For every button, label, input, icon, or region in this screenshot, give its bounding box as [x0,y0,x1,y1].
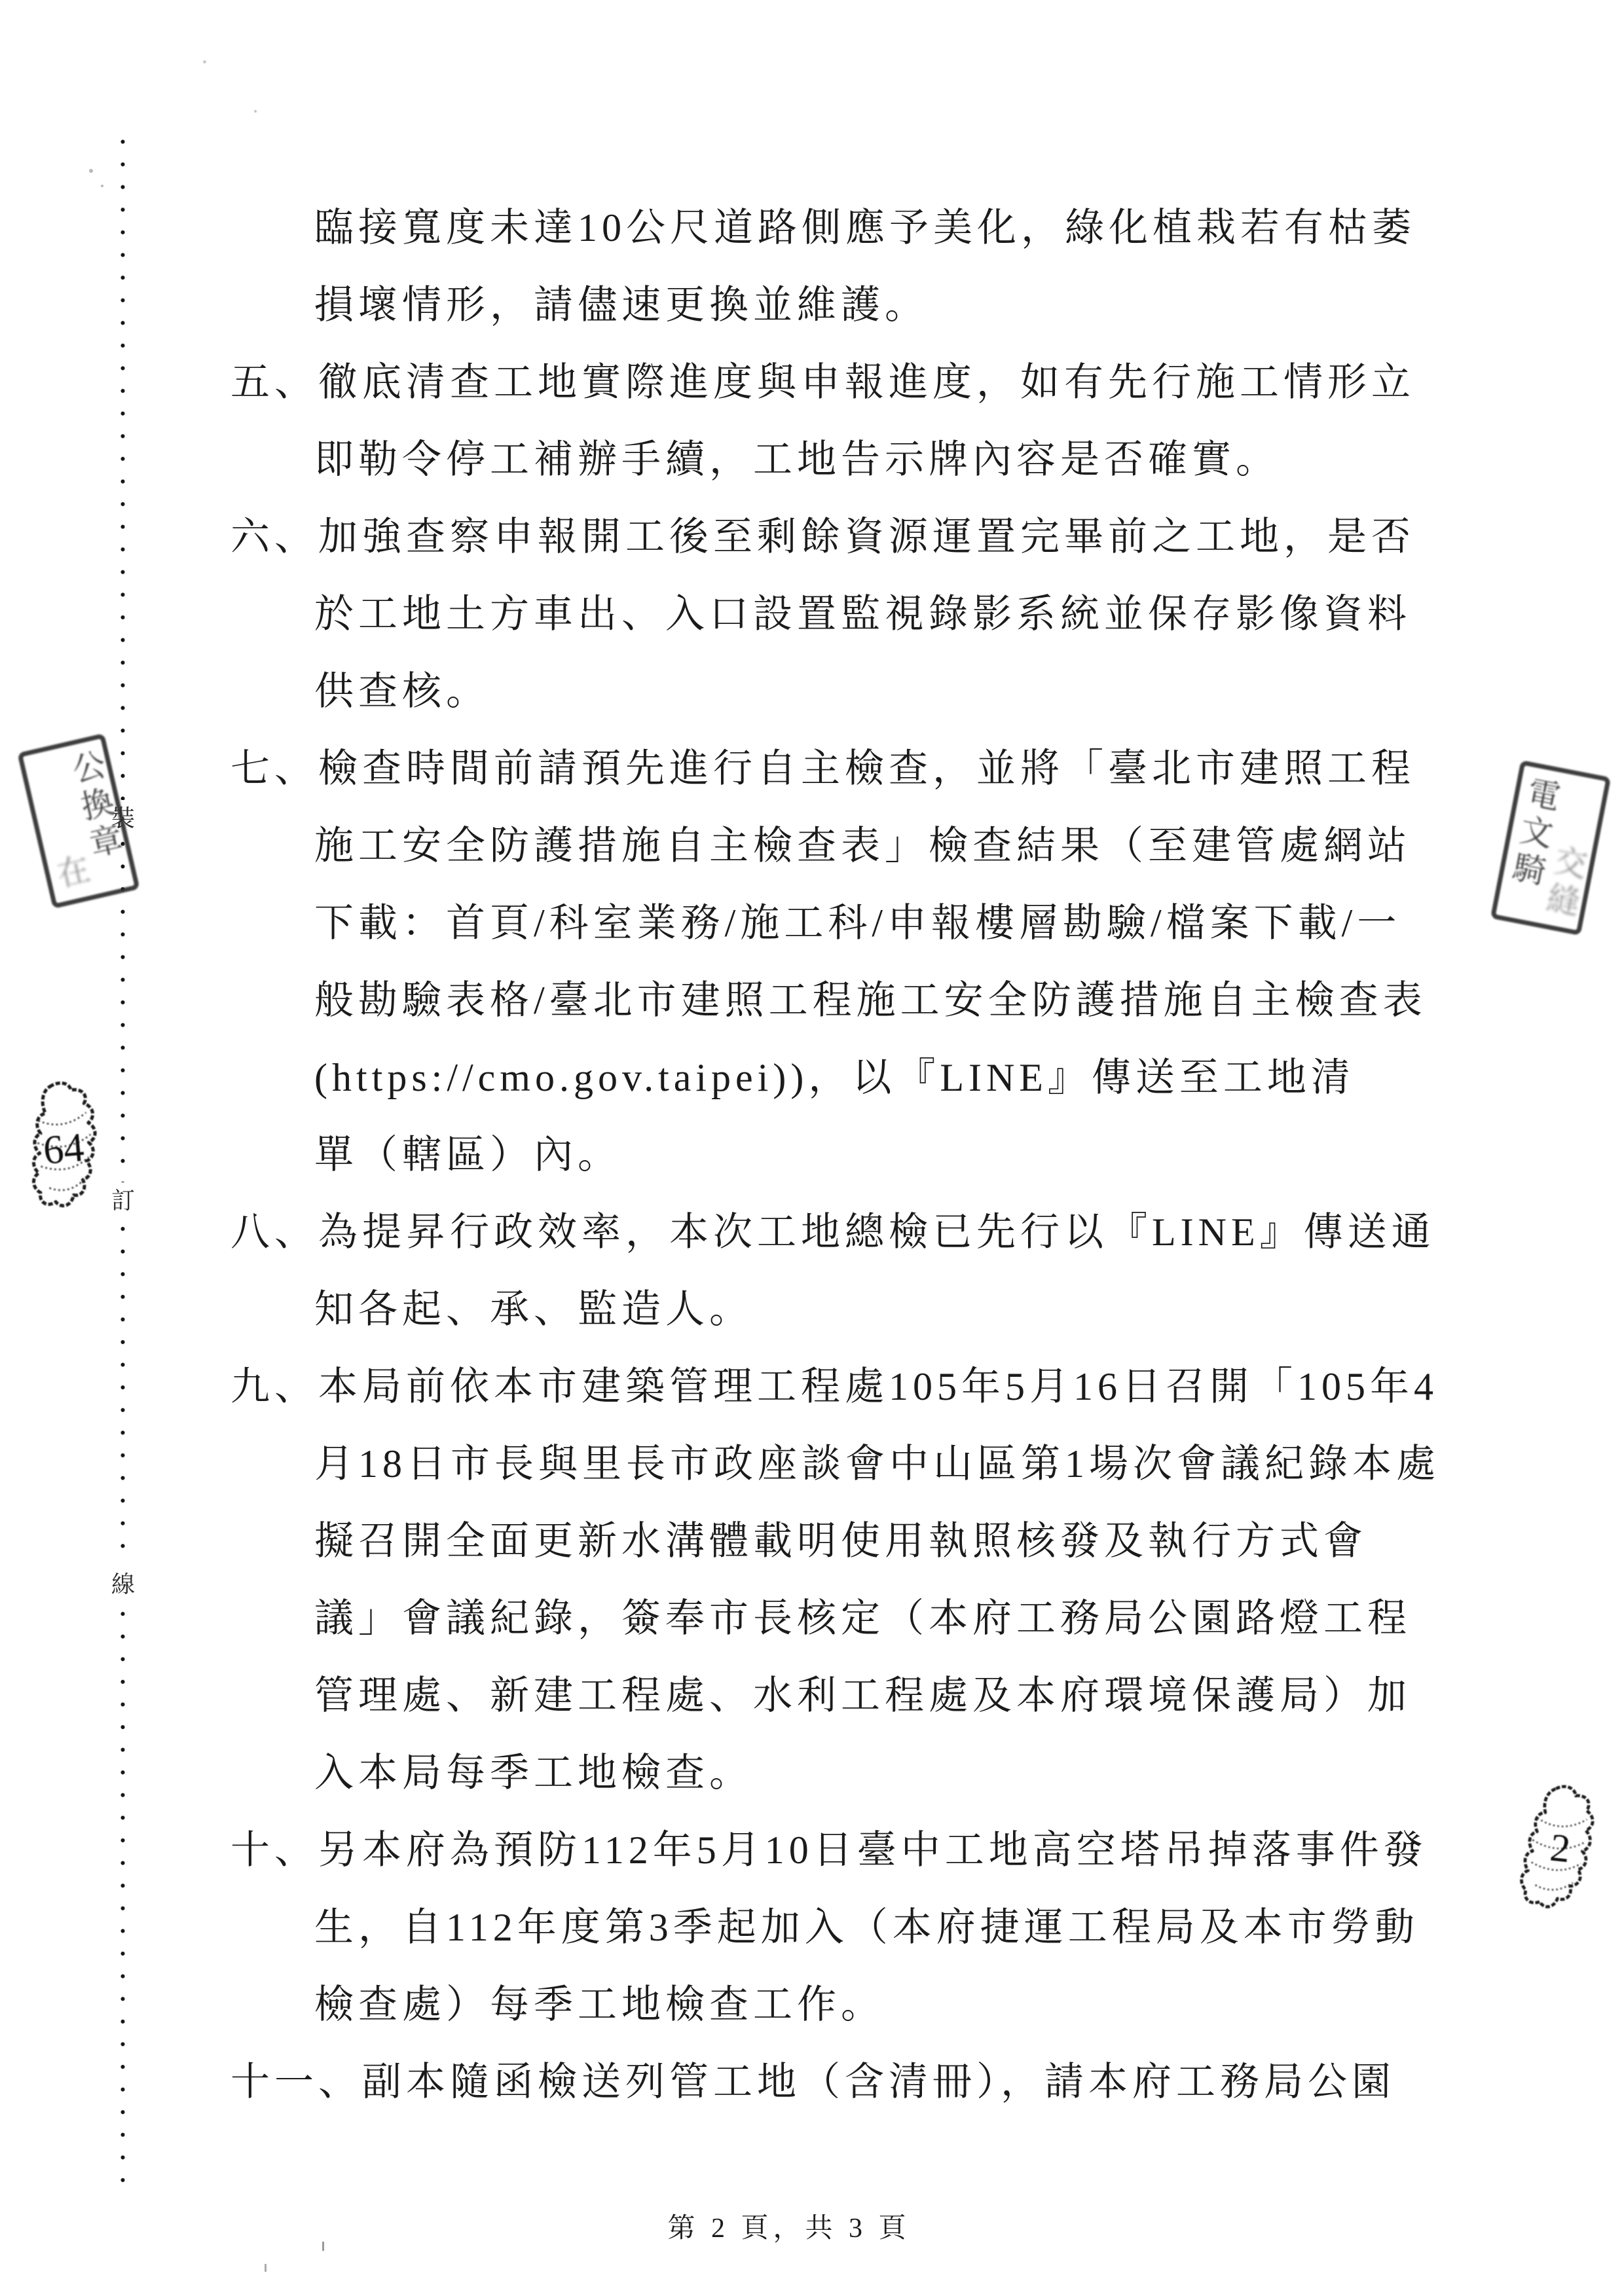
scan-speck [254,110,257,113]
scan-speck [265,2264,267,2272]
text-line: 入本局每季工地檢查。 [0,1734,1624,1812]
text-line: 般勘驗表格/臺北市建照工程施工安全防護措施自主檢查表 [0,962,1624,1039]
text-line: 六、加強查察申報開工後至剩餘資源運置完畢前之工地，是否 [0,498,1624,575]
text-line: 供查核。 [0,653,1624,730]
text-line: 於工地土方車出、入口設置監視錄影系統並保存影像資料 [0,575,1624,653]
text-line: 單（轄區）內。 [0,1116,1624,1194]
stamp-side-text: 在 [49,851,93,896]
text-line: 十、另本府為預防112年5月10日臺中工地高空塔吊掉落事件發 [0,1812,1624,1889]
text-line: 月18日市長與里長市政座談會中山區第1場次會議紀錄本處 [0,1425,1624,1503]
text-line: 管理處、新建工程處、水利工程處及本府環境保護局）加 [0,1657,1624,1734]
text-line: 檢查處）每季工地檢查工作。 [0,1966,1624,2043]
seal-number: 64 [41,1125,86,1173]
text-line: (https://cmo.gov.taipei))，以『LINE』傳送至工地清 [0,1039,1624,1116]
scan-speck [101,185,103,187]
text-line: 施工安全防護措施自主檢查表」檢查結果（至建管處網站 [0,807,1624,884]
text-line: 十一、副本隨函檢送列管工地（含清冊），請本府工務局公園 [0,2043,1624,2121]
document-body: 臨接寬度未達10公尺道路側應予美化，綠化植栽若有枯萎損壞情形，請儘速更換並維護。… [0,189,1624,2121]
starburst-seal-2-icon: 2 [1513,1779,1607,1925]
scan-speck [322,2242,324,2251]
text-line: 知各起、承、監造人。 [0,1271,1624,1348]
text-line: 八、為提昇行政效率，本次工地總檢已先行以『LINE』傳送通 [0,1194,1624,1271]
starburst-seal-64-icon: 64 [23,1077,109,1217]
scan-speck [89,169,93,173]
text-line: 九、本局前依本市建築管理工程處105年5月16日召開「105年4 [0,1348,1624,1425]
text-line: 議」會議紀錄，簽奉市長核定（本府工務局公園路燈工程 [0,1580,1624,1657]
text-line: 七、檢查時間前請預先進行自主檢查，並將「臺北市建照工程 [0,730,1624,807]
document-page: 裝 訂 線 臨接寬度未達10公尺道路側應予美化，綠化植栽若有枯萎損壞情形，請儘速… [0,0,1624,2296]
text-line: 五、徹底清查工地實際進度與申報進度，如有先行施工情形立 [0,344,1624,421]
text-line: 下載：首頁/科室業務/施工科/申報樓層勘驗/檔案下載/一 [0,884,1624,962]
text-line: 擬召開全面更新水溝體載明使用執照核發及執行方式會 [0,1503,1624,1580]
text-line: 即勒令停工補辦手續，工地告示牌內容是否確實。 [0,421,1624,498]
text-line: 損壞情形，請儘速更換並維護。 [0,266,1624,344]
scan-speck [203,60,206,64]
page-number: 第 2 頁，共 3 頁 [0,2206,1578,2246]
text-line: 臨接寬度未達10公尺道路側應予美化，綠化植栽若有枯萎 [0,189,1624,266]
text-line: 生，自112年度第3季起加入（本府捷運工程局及本市勞動 [0,1889,1624,1966]
